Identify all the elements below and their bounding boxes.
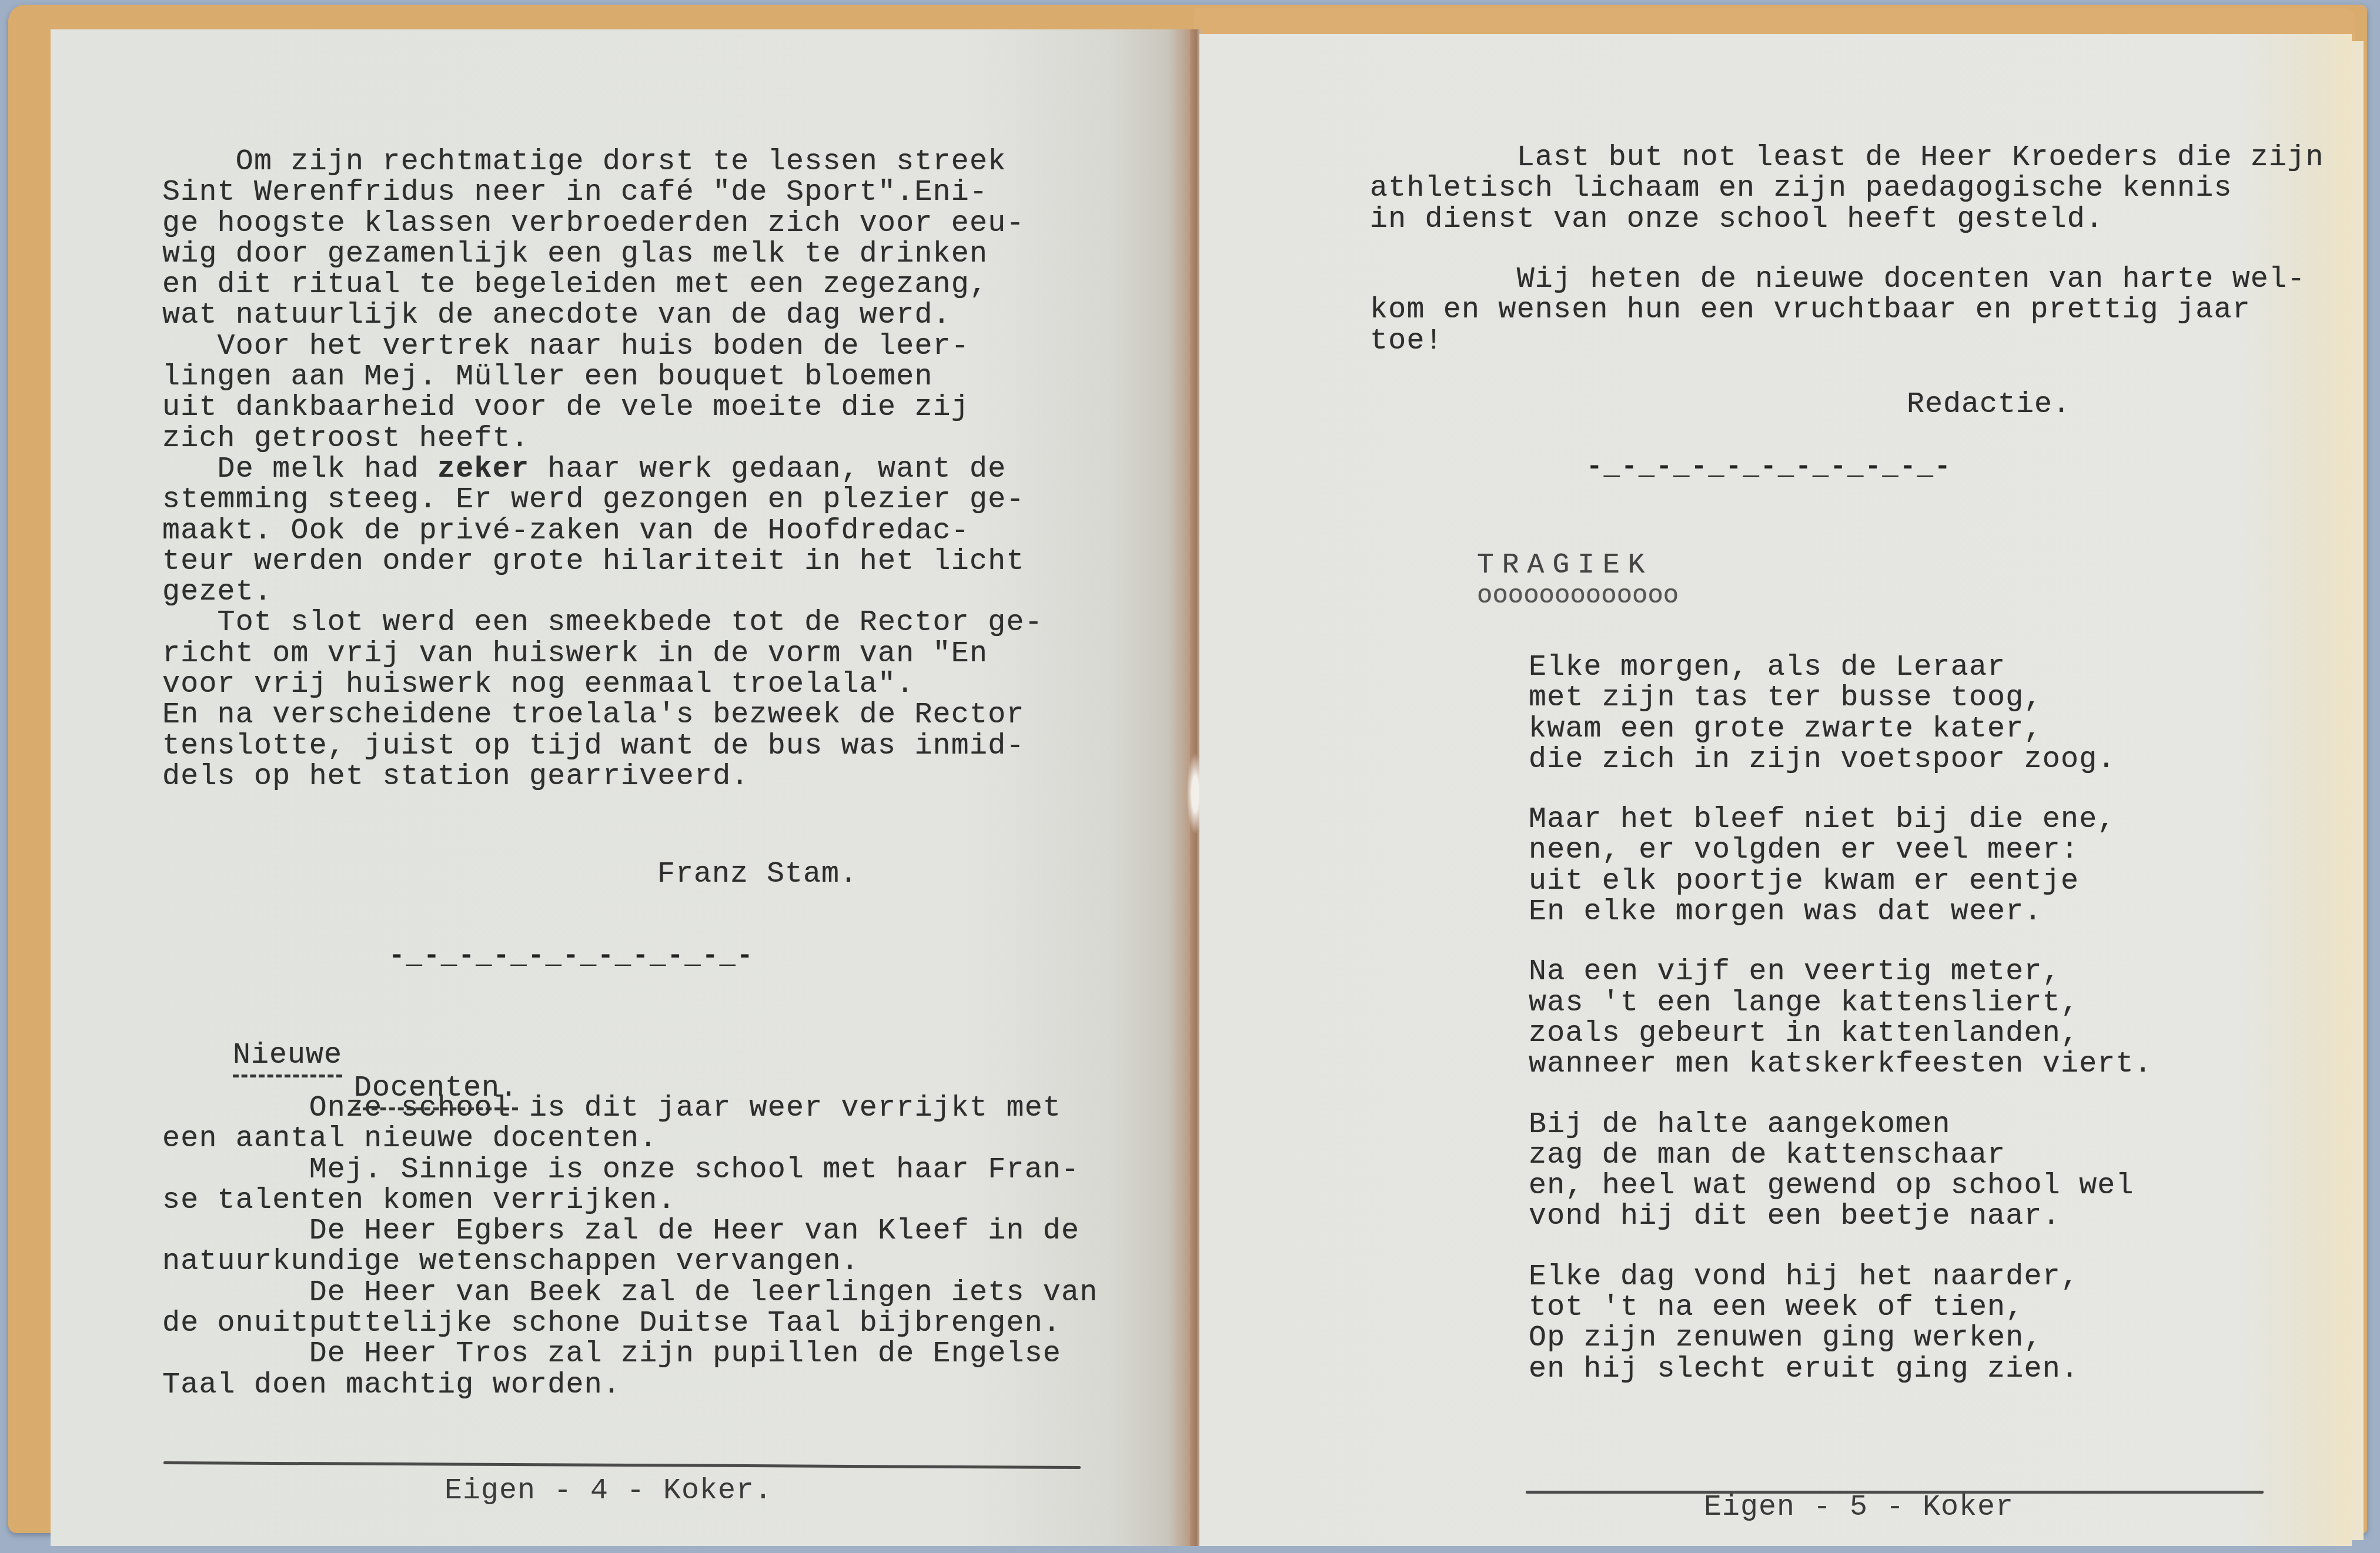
text-line: in dienst van onze school heeft gesteld. xyxy=(1370,205,2324,235)
text-line: De melk had zeker haar werk gedaan, want… xyxy=(162,454,1043,485)
poem-tragiek: Elke morgen, als de Leraarmet zijn tas t… xyxy=(1529,652,2152,1385)
poem-line: kwam een grote zwarte kater, xyxy=(1529,714,2152,745)
text-line: lingen aan Mej. Müller een bouquet bloem… xyxy=(162,362,1043,393)
text-line: Tot slot werd een smeekbede tot de Recto… xyxy=(162,608,1043,638)
text-line: kom en wensen hun een vruchtbaar en pret… xyxy=(1370,295,2305,326)
new-teachers-text: Onze school is dit jaar weer verrijkt me… xyxy=(162,1093,1098,1401)
text-line: Om zijn rechtmatige dorst te lessen stre… xyxy=(162,147,1043,178)
poem-stanza: Bij de halte aangekomenzag de man de kat… xyxy=(1529,1110,2152,1233)
section-divider: -_-_-_-_-_-_-_-_-_-_- xyxy=(1586,451,1952,482)
signature-redactie: Redactie. xyxy=(1907,390,2071,420)
footer-rule xyxy=(163,1461,1081,1469)
text-line: toe! xyxy=(1370,326,2305,357)
section-divider: -_-_-_-_-_-_-_-_-_-_- xyxy=(389,940,754,971)
poem-line: Bij de halte aangekomen xyxy=(1529,1110,2152,1140)
emphasized-word: zeker xyxy=(437,453,529,486)
poem-line: Elke dag vond hij het naarder, xyxy=(1529,1262,2152,1293)
poem-line: met zijn tas ter busse toog, xyxy=(1529,683,2152,714)
text-line: gezet. xyxy=(162,577,1043,608)
text-line: zich getroost heeft. xyxy=(162,424,1043,454)
text-line: Voor het vertrek naar huis boden de leer… xyxy=(162,332,1043,362)
signature-franz-stam: Franz Stam. xyxy=(657,859,858,890)
text-line: richt om vrij van huiswerk in de vorm va… xyxy=(162,639,1043,670)
poem-line: wanneer men katskerkfeesten viert. xyxy=(1529,1049,2152,1080)
text-line: Sint Werenfridus neer in café "de Sport"… xyxy=(162,178,1043,208)
poem-line: Na een vijf en veertig meter, xyxy=(1529,957,2152,988)
poem-title: TRAGIEK xyxy=(1477,550,1653,581)
text-line: wat natuurlijk de anecdote van de dag we… xyxy=(162,300,1043,331)
poem-stanza: Elke dag vond hij het naarder,tot 't na … xyxy=(1529,1262,2152,1385)
text-line: Taal doen machtig worden. xyxy=(162,1370,1098,1401)
text-line: natuurkundige wetenschappen vervangen. xyxy=(162,1247,1098,1277)
text-line: ge hoogste klassen verbroederden zich vo… xyxy=(162,209,1043,239)
left-page-article-text: Om zijn rechtmatige dorst te lessen stre… xyxy=(162,147,1043,792)
poem-line: neen, er volgden er veel meer: xyxy=(1529,835,2152,866)
poem-line: En elke morgen was dat weer. xyxy=(1529,897,2152,928)
welcome-text: Wij heten de nieuwe docenten van harte w… xyxy=(1370,265,2305,357)
text-line: se talenten komen verrijken. xyxy=(162,1186,1098,1216)
left-page: Om zijn rechtmatige dorst te lessen stre… xyxy=(51,29,1191,1546)
text-line: Wij heten de nieuwe docenten van harte w… xyxy=(1370,265,2305,295)
text-line: Last but not least de Heer Kroeders die … xyxy=(1370,143,2324,173)
poem-line: en, heel wat gewend op school wel xyxy=(1529,1171,2152,1201)
text-line: Mej. Sinnige is onze school met haar Fra… xyxy=(162,1155,1098,1186)
poem-line: vond hij dit een beetje naar. xyxy=(1529,1201,2152,1232)
text-line: En na verscheidene troelala's bezweek de… xyxy=(162,700,1043,731)
right-page-intro-text: Last but not least de Heer Kroeders die … xyxy=(1370,143,2324,235)
text-line: dels op het station gearriveerd. xyxy=(162,762,1043,792)
text-line: De Heer van Beek zal de leerlingen iets … xyxy=(162,1278,1098,1308)
text-line: maakt. Ook de privé-zaken van de Hoofdre… xyxy=(162,516,1043,547)
poem-stanza: Elke morgen, als de Leraarmet zijn tas t… xyxy=(1529,652,2152,775)
text-line: athletisch lichaam en zijn paedagogische… xyxy=(1370,173,2324,204)
text-line: wig door gezamenlijk een glas melk te dr… xyxy=(162,239,1043,270)
poem-stanza: Na een vijf en veertig meter,was 't een … xyxy=(1529,957,2152,1080)
poem-line: was 't een lange kattensliert, xyxy=(1529,988,2152,1019)
text-line: stemming steeg. Er werd gezongen en plez… xyxy=(162,485,1043,516)
text-line: een aantal nieuwe docenten. xyxy=(162,1124,1098,1154)
text-line: De Heer Egbers zal de Heer van Kleef in … xyxy=(162,1216,1098,1247)
poem-line: Maar het bleef niet bij die ene, xyxy=(1529,805,2152,835)
text-line: uit dankbaarheid voor de vele moeite die… xyxy=(162,393,1043,423)
poem-line: zag de man de kattenschaar xyxy=(1529,1140,2152,1171)
poem-line: zoals gebeurt in kattenlanden, xyxy=(1529,1019,2152,1049)
right-page: Last but not least de Heer Kroeders die … xyxy=(1199,34,2352,1546)
page-footer-5: Eigen - 5 - Koker xyxy=(1704,1491,2014,1524)
text-line: Onze school is dit jaar weer verrijkt me… xyxy=(162,1093,1098,1124)
poem-line: Elke morgen, als de Leraar xyxy=(1529,652,2152,683)
poem-line: en hij slecht eruit ging zien. xyxy=(1529,1354,2152,1385)
text-line: de onuitputtelijke schone Duitse Taal bi… xyxy=(162,1308,1098,1339)
poem-line: Op zijn zenuwen ging werken, xyxy=(1529,1323,2152,1354)
text-line: voor vrij huiswerk nog eenmaal troelala"… xyxy=(162,670,1043,700)
text-line: tenslotte, juist op tijd want de bus was… xyxy=(162,731,1043,762)
poem-stanza: Maar het bleef niet bij die ene,neen, er… xyxy=(1529,805,2152,928)
poem-line: uit elk poortje kwam er eentje xyxy=(1529,866,2152,897)
poem-title-underline: ooooooooooooo xyxy=(1477,581,1679,611)
text-line: en dit ritual te begeleiden met een zege… xyxy=(162,270,1043,300)
poem-line: die zich in zijn voetspoor zoog. xyxy=(1529,745,2152,775)
text-line: De Heer Tros zal zijn pupillen de Engels… xyxy=(162,1339,1098,1370)
poem-line: tot 't na een week of tien, xyxy=(1529,1293,2152,1323)
text-line: teur werden onder grote hilariteit in he… xyxy=(162,547,1043,577)
page-footer-4: Eigen - 4 - Koker. xyxy=(444,1474,773,1508)
